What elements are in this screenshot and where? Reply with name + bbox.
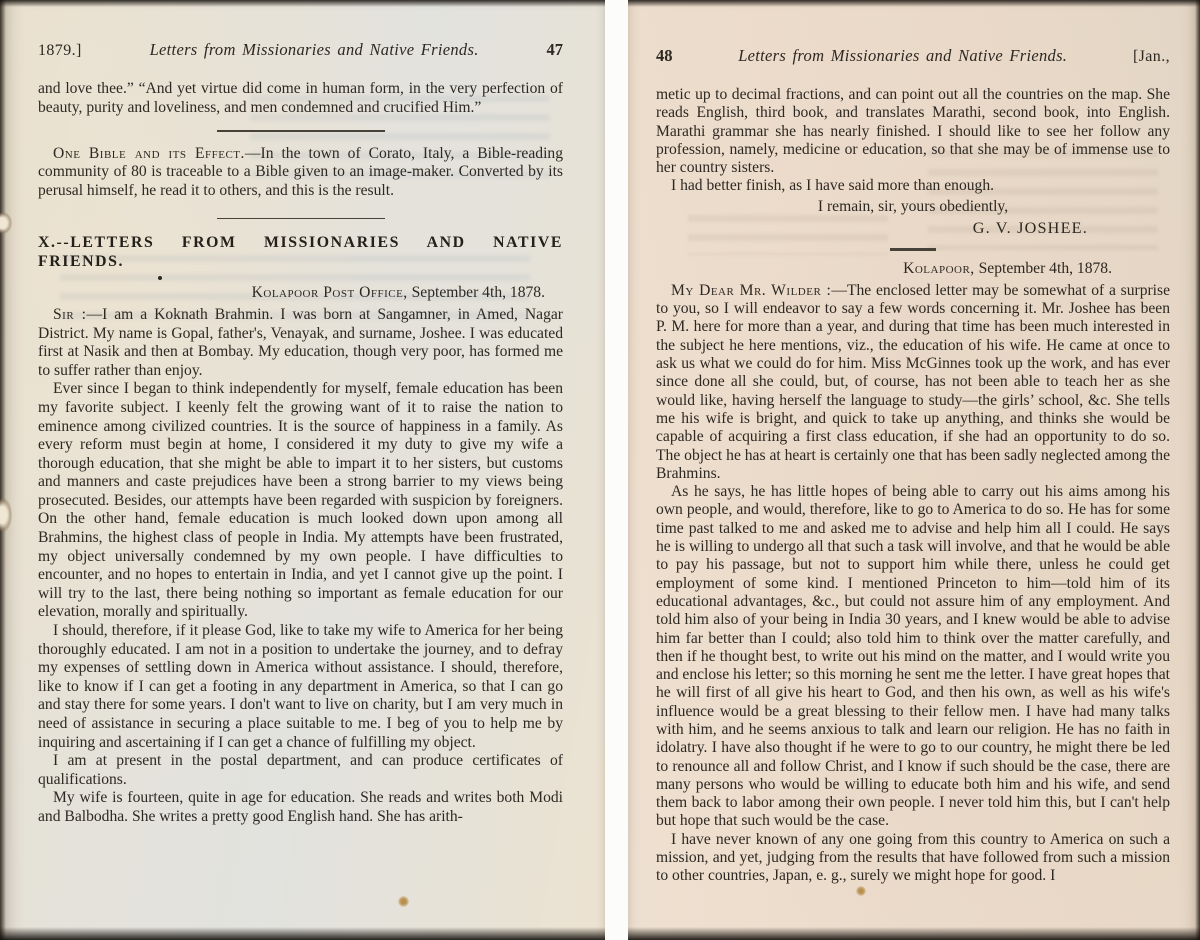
dateline-place: Kolapoor Post Office, (252, 284, 408, 301)
running-title: Letters from Missionaries and Native Fri… (738, 46, 1067, 66)
page-left-body: and love thee.” “And yet virtue did come… (38, 80, 563, 827)
salutation: My Dear Mr. Wilder : (671, 282, 831, 299)
dateline-date: September 4th, 1878. (975, 260, 1112, 277)
stain-mark (856, 886, 866, 896)
signature-rule (890, 248, 936, 250)
salutation: Sir : (53, 306, 86, 323)
printers-dot (158, 276, 162, 280)
folio-month: [Jan., (1133, 48, 1170, 66)
section-rule (217, 218, 385, 220)
section-heading: X.--LETTERS FROM MISSIONARIES AND NATIVE… (38, 234, 563, 271)
one-bible-paragraph: One Bible and its Effect.—In the town of… (38, 145, 563, 201)
valediction: I remain, sir, yours obediently, (656, 198, 1170, 216)
letter-paragraph: My wife is fourteen, quite in age for ed… (38, 789, 563, 826)
stain-mark (398, 896, 409, 907)
dateline: Kolapoor Post Office, September 4th, 187… (38, 284, 563, 303)
letter-paragraph: I am at present in the postal department… (38, 752, 563, 789)
book-scan: 1879.] Letters from Missionaries and Nat… (0, 0, 1200, 940)
page-left: 1879.] Letters from Missionaries and Nat… (0, 0, 605, 940)
folio-year: 1879.] (38, 42, 82, 60)
running-head: 48 Letters from Missionaries and Native … (656, 46, 1170, 66)
continuation-paragraph: and love thee.” “And yet virtue did come… (38, 80, 563, 117)
page-left-content: 1879.] Letters from Missionaries and Nat… (0, 0, 605, 827)
dateline: Kolapoor, September 4th, 1878. (656, 260, 1170, 278)
signature: G. V. JOSHEE. (656, 219, 1170, 237)
one-bible-lead: One Bible and its Effect. (53, 145, 245, 162)
section-rule (217, 130, 385, 132)
paragraph-text: —The enclosed letter may be somewhat of … (656, 282, 1170, 482)
page-right: 48 Letters from Missionaries and Native … (628, 0, 1200, 940)
running-title: Letters from Missionaries and Native Fri… (150, 40, 479, 60)
page-number: 47 (546, 40, 563, 60)
dateline-date: September 4th, 1878. (408, 284, 545, 301)
continuation-paragraph: metic up to decimal fractions, and can p… (656, 86, 1170, 177)
letter-paragraph: I should, therefore, if it please God, l… (38, 622, 563, 752)
page-right-content: 48 Letters from Missionaries and Native … (628, 0, 1200, 886)
closing-line: I had better finish, as I have said more… (656, 177, 1170, 195)
running-head: 1879.] Letters from Missionaries and Nat… (38, 40, 563, 60)
letter-opening-paragraph: My Dear Mr. Wilder :—The enclosed letter… (656, 282, 1170, 483)
dateline-place: Kolapoor, (903, 260, 975, 277)
paragraph-text: —I am a Koknath Brahmin. I was born at S… (38, 306, 563, 379)
letter-opening-paragraph: Sir :—I am a Koknath Brahmin. I was born… (38, 306, 563, 380)
letter-paragraph: Ever since I began to think independentl… (38, 380, 563, 622)
page-number: 48 (656, 46, 673, 66)
letter-paragraph: I have never known of any one going from… (656, 831, 1170, 886)
page-right-body: metic up to decimal fractions, and can p… (656, 86, 1170, 886)
letter-paragraph: As he says, he has little hopes of being… (656, 483, 1170, 831)
